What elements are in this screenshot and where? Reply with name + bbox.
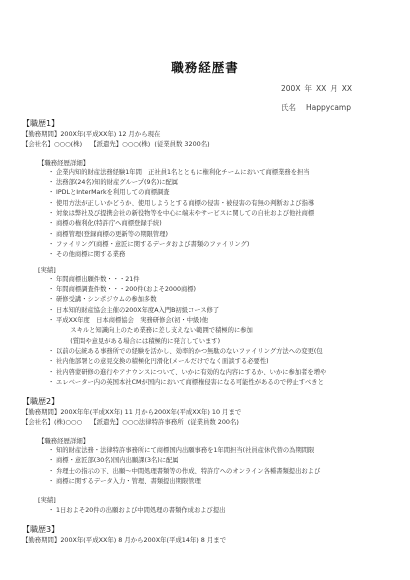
details-heading: 【職務経歴詳細】 [22, 158, 410, 168]
period-label: 【勤務期間】 [22, 130, 60, 138]
employee-count: (従業員数 200名) [188, 418, 239, 426]
career-section-2: 【職歴2】 【勤務期間】200X年年(平成XX年) 11 月から200X年(平成… [22, 396, 410, 516]
list-item-continuation: (質問や意見がある場合には積極的に発言しています) [48, 337, 410, 347]
list-item: ・使用方法が正しいかどうか、使用しようとする商標の侵害・被侵害の有無の判断および… [48, 199, 410, 209]
date-day: XX [342, 84, 352, 93]
list-item: ・法務部(24名)知的財産グループ(9名)に配属 [48, 178, 410, 188]
list-item: ・社内他部署との意見交換の積極化円滑化(メールだけでなく面談する必要性) [48, 357, 410, 367]
career-heading: 【職歴3】 [22, 524, 410, 535]
date-year: 200X [281, 84, 300, 93]
list-item: ・対象は弊社及び提携会社の新役物等を中心に端末やサービスに関しての自社および他社… [48, 209, 410, 219]
list-item: ・その他商標に関する業務 [48, 250, 410, 260]
dispatch-value: ○○○法律特許事務所 [122, 418, 183, 426]
list-item: ・商標管理(登録商標の更新等の期限管理) [48, 230, 410, 240]
details-list: ・知的財産法務・法律特許事務所にて商標国内出願事務を1年間担当(社員産休代替の為… [22, 446, 410, 487]
career-period: 【勤務期間】200X年年(平成XX年) 11 月から200X年(平成XX年) 1… [22, 407, 410, 417]
list-item: ・企業内知的財産法務経験1年間 正社員1名とともに権利化チームにおいて商標業務を… [48, 168, 410, 178]
results-heading: [実績] [22, 495, 410, 505]
career-company: 【会社名】○○○(株) 【派遣先】○○○(株) (従業員数 3200名) [22, 139, 410, 149]
dispatch-label: 【派遣先】 [90, 140, 122, 148]
details-list: ・企業内知的財産法務経験1年間 正社員1名とともに権利化チームにおいて商標業務を… [22, 168, 410, 261]
period-value: 200X年(平成XX年) 8 月から200X年(平成14年) 8 月まで [60, 536, 226, 544]
document-date: 200X年XX月XX [281, 83, 356, 94]
list-item: ・商標の権利化(特許庁へ商標登録手続) [48, 219, 410, 229]
dispatch-label: 【派遣先】 [90, 418, 122, 426]
list-item: ・以前の伝統ある事務所での経験を活かし、効率的かつ無駄のないファイリング方法への… [48, 347, 410, 357]
period-label: 【勤務期間】 [22, 408, 60, 416]
list-item: ・ファイリング(商標・意匠に関するデータおよび書類のファイリング) [48, 240, 410, 250]
company-value: ○○○(株) [54, 140, 82, 148]
name-value: Happycamp [306, 103, 351, 112]
results-list: ・年間商標出願件数・・・21件 ・年間商標調査件数・・・200件(およそ2000… [22, 275, 410, 388]
employee-count: (従業員数 3200名) [154, 140, 209, 148]
company-label: 【会社名】 [22, 418, 54, 426]
list-item: ・年間商標調査件数・・・200件(およそ2000商標) [48, 285, 410, 295]
period-label: 【勤務期間】 [22, 536, 60, 544]
date-month-label: 月 [330, 84, 338, 93]
results-list: ・1日およそ20件の出願および中間処理の書類作成および提出 [22, 506, 410, 516]
list-item: ・平成XX年度 日本商標協会 実務研修会(初・中級)他 [48, 316, 410, 326]
document-title: 職務経歴書 [0, 58, 410, 76]
career-heading: 【職歴2】 [22, 396, 410, 407]
company-value: (株)○○○ [54, 418, 82, 426]
list-item: ・知的財産法務・法律特許事務所にて商標国内出願事務を1年間担当(社員産休代替の為… [48, 446, 410, 456]
list-item-continuation: スキルと知識向上のため業務に差し支えない範囲で積極的に参加 [48, 326, 410, 336]
career-period: 【勤務期間】200X年(平成XX年) 8 月から200X年(平成14年) 8 月… [22, 535, 410, 545]
list-item: ・研修受講・シンポジウムの参加多数 [48, 295, 410, 305]
list-item: ・1日およそ20件の出願および中間処理の書類作成および提出 [48, 506, 410, 516]
details-heading: 【職務経歴詳細】 [22, 436, 410, 446]
career-section-1: 【職歴1】 【勤務期間】200X年(平成XX年) 12 月から現在 【会社名】○… [22, 118, 410, 388]
dispatch-value: ○○○(株) [122, 140, 150, 148]
list-item: ・年間商標出願件数・・・21件 [48, 275, 410, 285]
career-company: 【会社名】(株)○○○ 【派遣先】○○○法律特許事務所 (従業員数 200名) [22, 417, 410, 427]
career-heading: 【職歴1】 [22, 118, 410, 129]
company-label: 【会社名】 [22, 140, 54, 148]
list-item: ・IPDLとInterMarkを利用しての商標調査 [48, 188, 410, 198]
date-year-label: 年 [304, 84, 312, 93]
list-item: ・弁理士の指示の下、出願～中間処理書類等の作成、特許庁へのオンライン各種書類提出… [48, 467, 410, 477]
list-item: ・社内啓蒙研修の進行やアナウンスについて、いかに有効的な内容にするか、いかに参加… [48, 368, 410, 378]
career-period: 【勤務期間】200X年(平成XX年) 12 月から現在 [22, 129, 410, 139]
date-month: XX [316, 84, 326, 93]
results-heading: [実績] [22, 265, 410, 275]
list-item: ・商標に関するデータ入力・管理、書類提出期限管理 [48, 477, 410, 487]
name-label: 氏名 [281, 103, 296, 112]
list-item: ・日本知的財産協会主催の200X年度A入門B初級コース修了 [48, 306, 410, 316]
career-section-3: 【職歴3】 【勤務期間】200X年(平成XX年) 8 月から200X年(平成14… [22, 524, 410, 545]
list-item: ・エレベーター内の英国本社CMが国内において商標権侵害になる可能性があるので停止… [48, 378, 410, 388]
period-value: 200X年(平成XX年) 12 月から現在 [60, 130, 160, 138]
resume-page: 職務経歴書 200X年XX月XX 氏名Happycamp 【職歴1】 【勤務期間… [0, 0, 410, 580]
resume-content: 【職歴1】 【勤務期間】200X年(平成XX年) 12 月から現在 【会社名】○… [22, 118, 410, 545]
period-value: 200X年年(平成XX年) 11 月から200X年(平成XX年) 10 月まで [60, 408, 241, 416]
applicant-name: 氏名Happycamp [281, 102, 351, 113]
list-item: ・商標・意匠部(30名)国内出願課(3名)に配属 [48, 456, 410, 466]
